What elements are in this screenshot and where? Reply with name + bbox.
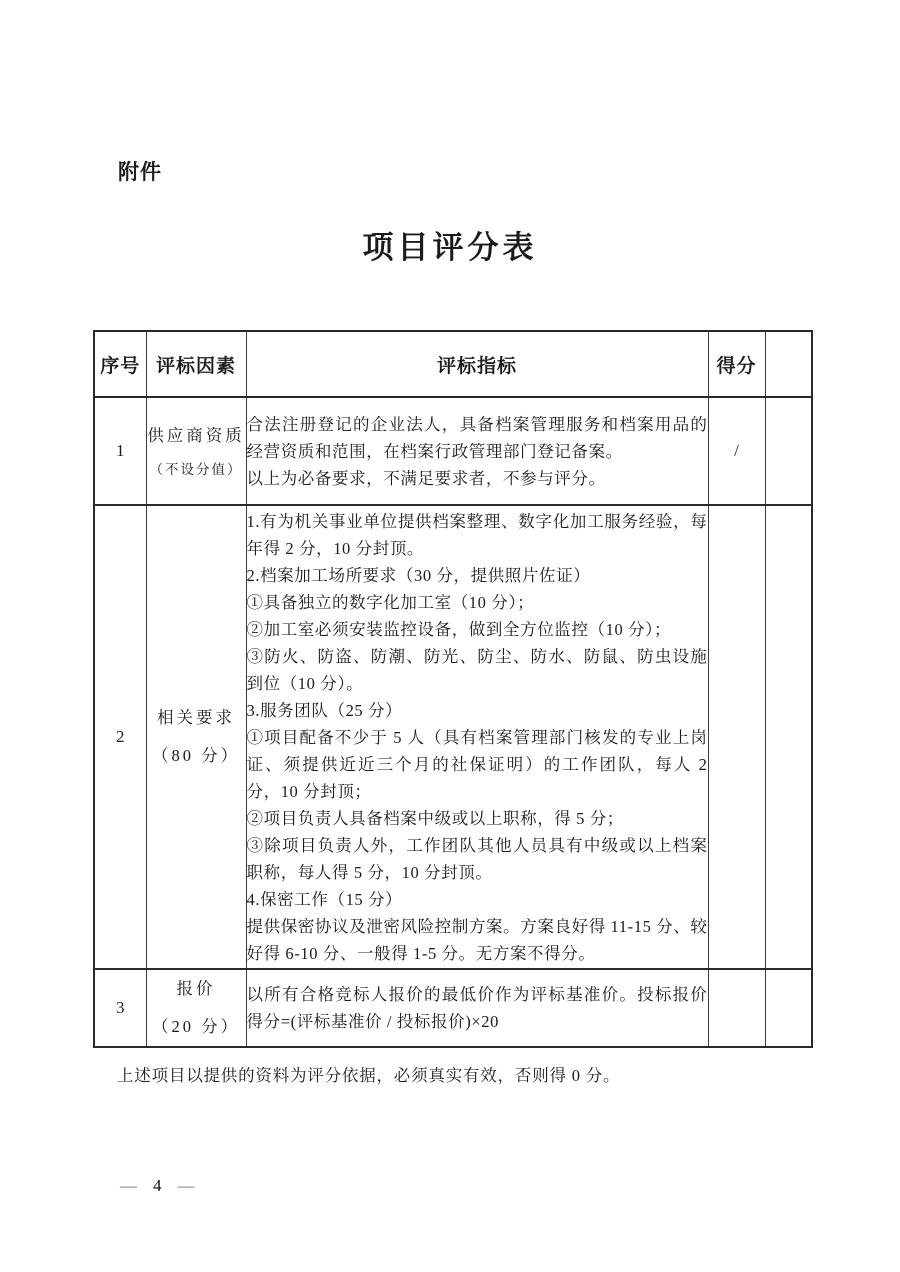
factor-cell: 报价（20 分） xyxy=(146,969,246,1047)
blank-cell xyxy=(765,969,812,1047)
page-title: 项目评分表 xyxy=(0,222,900,267)
table-row: 3报价（20 分）以所有合格竞标人报价的最低价作为评标基准价。投标报价得分=(评… xyxy=(94,969,812,1047)
factor-line: 相关要求 xyxy=(147,699,246,737)
factor-line: 供应商资质 xyxy=(147,417,246,455)
indicator-paragraph: ①具备独立的数字化加工室（10 分）； xyxy=(247,589,708,616)
table-row: 1供应商资质（不设分值）合法注册登记的企业法人，具备档案管理服务和档案用品的经营… xyxy=(94,397,812,505)
row-number-cell: 3 xyxy=(94,969,146,1047)
indicator-cell: 1.有为机关事业单位提供档案整理、数字化加工服务经验，每年得 2 分，10 分封… xyxy=(246,505,708,969)
column-header: 得分 xyxy=(708,331,765,397)
blank-cell xyxy=(765,505,812,969)
score-table: 序号评标因素评标指标得分 1供应商资质（不设分值）合法注册登记的企业法人，具备档… xyxy=(93,330,813,1048)
indicator-paragraph: 2.档案加工场所要求（30 分，提供照片佐证） xyxy=(247,562,708,589)
indicator-paragraph: 3.服务团队（25 分） xyxy=(247,697,708,724)
factor-line: （80 分） xyxy=(147,737,246,775)
indicator-paragraph: 以上为必备要求，不满足要求者，不参与评分。 xyxy=(247,465,708,492)
attachment-label: 附件 xyxy=(118,156,162,186)
factor-line: 报价 xyxy=(147,970,246,1008)
score-table-body: 1供应商资质（不设分值）合法注册登记的企业法人，具备档案管理服务和档案用品的经营… xyxy=(94,397,812,1047)
score-cell: / xyxy=(708,397,765,505)
page-number-right-dash: — xyxy=(178,1176,195,1196)
score-cell xyxy=(708,969,765,1047)
page-number-value: 4 xyxy=(153,1176,162,1196)
indicator-paragraph: ③除项目负责人外，工作团队其他人员具有中级或以上档案职称，每人得 5 分，10 … xyxy=(247,832,708,886)
row-number-cell: 1 xyxy=(94,397,146,505)
factor-line: （不设分值） xyxy=(147,455,246,485)
indicator-paragraph: 提供保密协议及泄密风险控制方案。方案良好得 11-15 分、较好得 6-10 分… xyxy=(247,913,708,967)
indicator-paragraph: ①项目配备不少于 5 人（具有档案管理部门核发的专业上岗证、须提供近近三个月的社… xyxy=(247,724,708,805)
column-header: 序号 xyxy=(94,331,146,397)
indicator-paragraph: ②项目负责人具备档案中级或以上职称，得 5 分； xyxy=(247,805,708,832)
indicator-paragraph: ②加工室必须安装监控设备，做到全方位监控（10 分）； xyxy=(247,616,708,643)
indicator-paragraph: 1.有为机关事业单位提供档案整理、数字化加工服务经验，每年得 2 分，10 分封… xyxy=(247,508,708,562)
indicator-cell: 以所有合格竞标人报价的最低价作为评标基准价。投标报价得分=(评标基准价 / 投标… xyxy=(246,969,708,1047)
blank-cell xyxy=(765,397,812,505)
score-cell xyxy=(708,505,765,969)
indicator-paragraph: 4.保密工作（15 分） xyxy=(247,886,708,913)
factor-line: （20 分） xyxy=(147,1008,246,1046)
factor-cell: 供应商资质（不设分值） xyxy=(146,397,246,505)
column-header xyxy=(765,331,812,397)
footnote: 上述项目以提供的资料为评分依据，必须真实有效，否则得 0 分。 xyxy=(117,1062,620,1086)
factor-cell: 相关要求（80 分） xyxy=(146,505,246,969)
indicator-paragraph: 以所有合格竞标人报价的最低价作为评标基准价。投标报价得分=(评标基准价 / 投标… xyxy=(247,981,708,1035)
column-header: 评标指标 xyxy=(246,331,708,397)
indicator-paragraph: ③防火、防盗、防潮、防光、防尘、防水、防鼠、防虫设施到位（10 分）。 xyxy=(247,643,708,697)
indicator-paragraph: 合法注册登记的企业法人，具备档案管理服务和档案用品的经营资质和范围，在档案行政管… xyxy=(247,411,708,465)
header-row: 序号评标因素评标指标得分 xyxy=(94,331,812,397)
page-number: — 4 — xyxy=(120,1176,195,1196)
indicator-cell: 合法注册登记的企业法人，具备档案管理服务和档案用品的经营资质和范围，在档案行政管… xyxy=(246,397,708,505)
page-number-left-dash: — xyxy=(120,1176,137,1196)
row-number-cell: 2 xyxy=(94,505,146,969)
table-row: 2相关要求（80 分）1.有为机关事业单位提供档案整理、数字化加工服务经验，每年… xyxy=(94,505,812,969)
score-table-header: 序号评标因素评标指标得分 xyxy=(94,331,812,397)
document-page: 附件 项目评分表 序号评标因素评标指标得分 1供应商资质（不设分值）合法注册登记… xyxy=(0,0,900,1272)
column-header: 评标因素 xyxy=(146,331,246,397)
